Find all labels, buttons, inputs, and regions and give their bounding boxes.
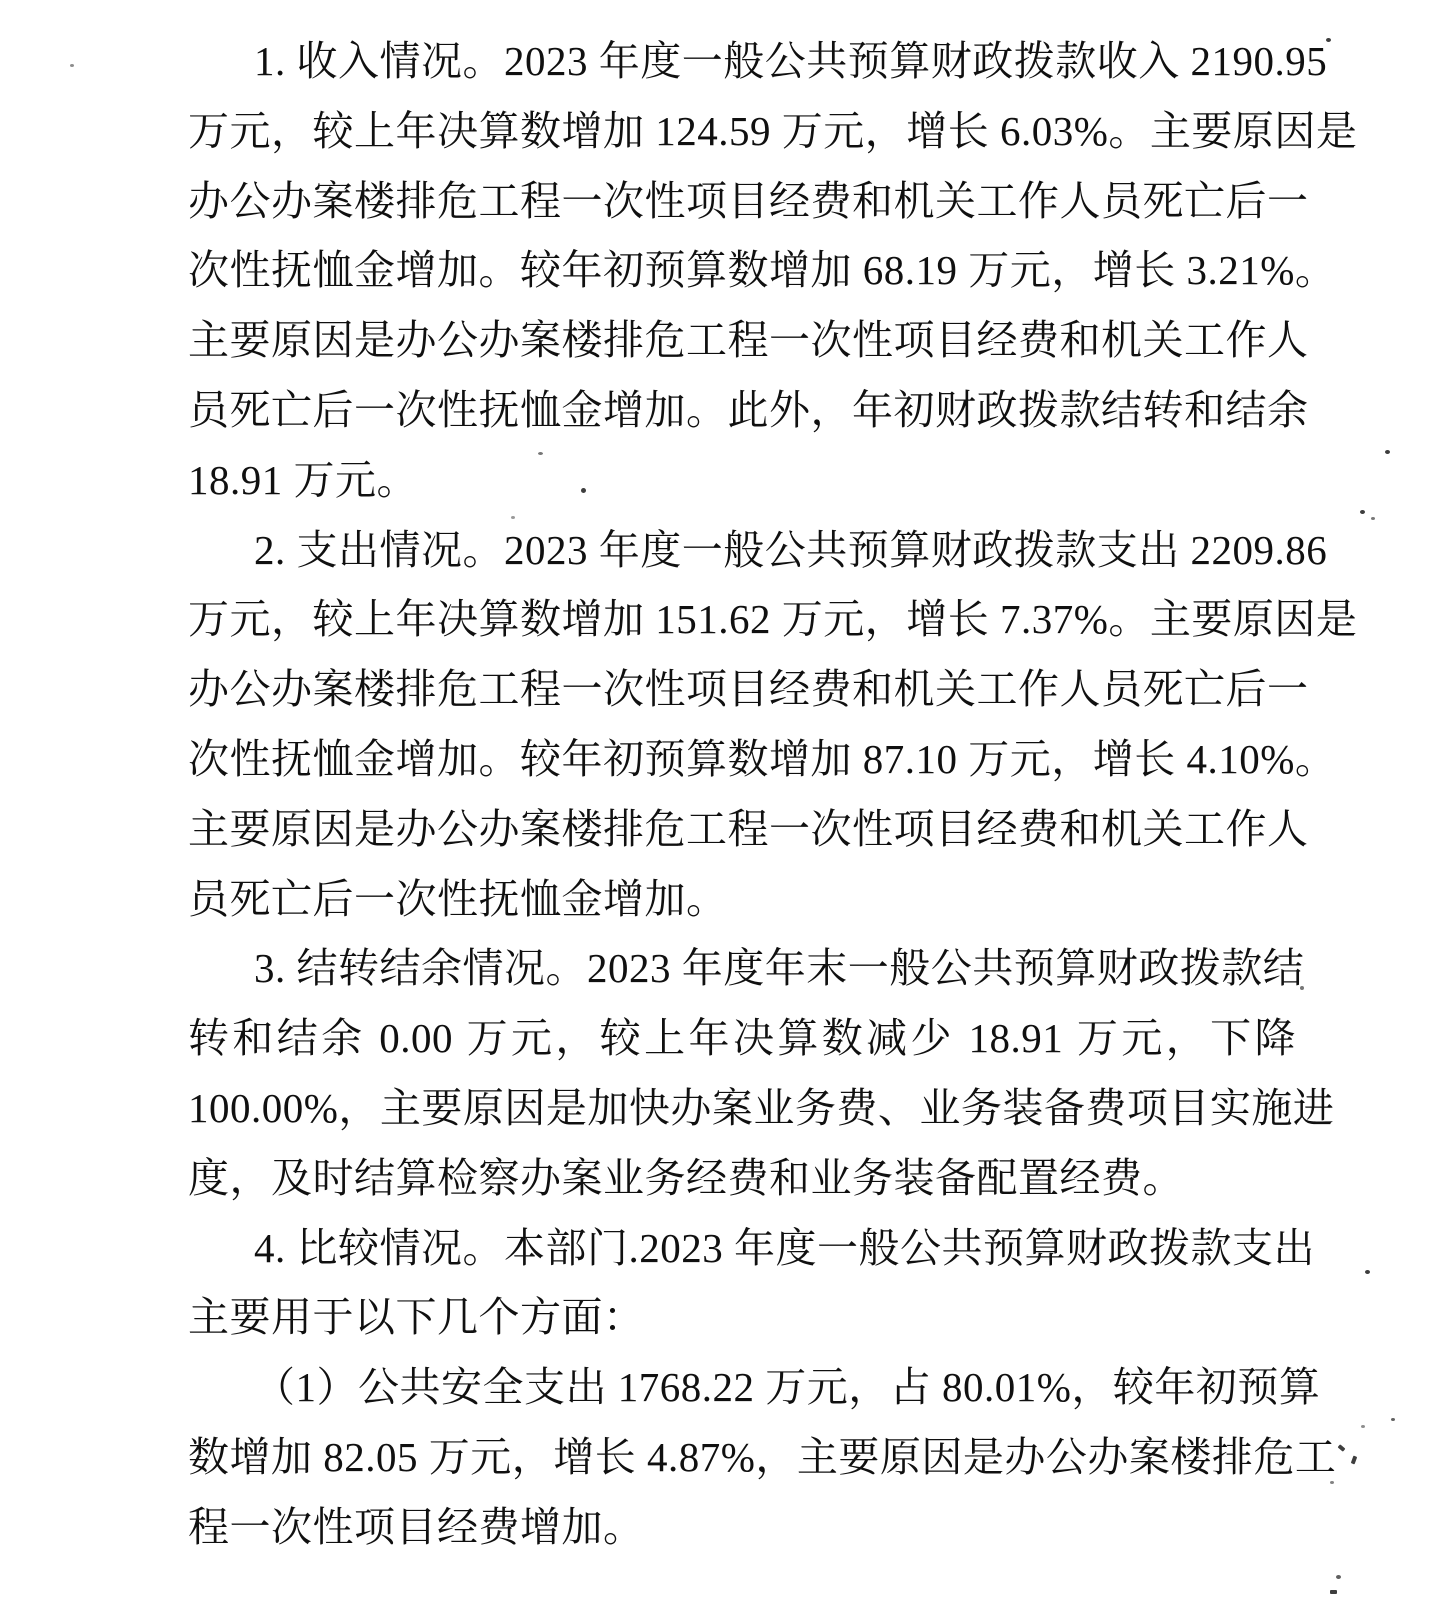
- scan-speck: [581, 488, 586, 493]
- document-body: 1. 收入情况。2023 年度一般公共预算财政拨款收入 2190.95 万元，较…: [188, 27, 1296, 1563]
- carryover-line-2: 转和结余 0.00 万元，较上年决算数减少 18.91 万元，下降: [188, 1004, 1296, 1074]
- expenditure-line-1: 2. 支出情况。2023 年度一般公共预算财政拨款支出 2209.86: [188, 516, 1296, 586]
- scan-speck: [1361, 1425, 1365, 1428]
- scan-speck: [1385, 450, 1390, 454]
- section-public-safety-item: （1）公共安全支出 1768.22 万元，占 80.01%，较年初预算 数增加 …: [188, 1353, 1296, 1562]
- section-expenditure: 2. 支出情况。2023 年度一般公共预算财政拨款支出 2209.86 万元，较…: [188, 516, 1296, 935]
- public-safety-line-3: 程一次性项目经费增加。: [188, 1493, 1296, 1563]
- expenditure-line-5: 主要原因是办公办案楼排危工程一次性项目经费和机关工作人: [188, 795, 1296, 865]
- income-line-5: 主要原因是办公办案楼排危工程一次性项目经费和机关工作人: [188, 306, 1296, 376]
- scan-speck: [1326, 38, 1331, 42]
- scan-speck: [1360, 510, 1365, 514]
- income-line-7: 18.91 万元。: [188, 446, 1296, 516]
- scan-speck: [1371, 517, 1375, 520]
- scan-speck: [511, 516, 515, 519]
- section-income: 1. 收入情况。2023 年度一般公共预算财政拨款收入 2190.95 万元，较…: [188, 27, 1296, 516]
- scan-speck: [1298, 1381, 1302, 1384]
- income-line-4: 次性抚恤金增加。较年初预算数增加 68.19 万元，增长 3.21%。: [188, 236, 1296, 306]
- scan-speck: [1391, 1418, 1395, 1421]
- scan-speck: [70, 64, 74, 67]
- section-carryover-balance: 3. 结转结余情况。2023 年度年末一般公共预算财政拨款结 转和结余 0.00…: [188, 934, 1296, 1213]
- scan-speck: [1336, 1575, 1341, 1579]
- scan-speck: [1338, 1444, 1346, 1452]
- scan-speck: [1330, 1481, 1334, 1484]
- public-safety-line-1: （1）公共安全支出 1768.22 万元，占 80.01%，较年初预算: [188, 1353, 1296, 1423]
- income-line-6: 员死亡后一次性抚恤金增加。此外，年初财政拨款结转和结余: [188, 376, 1296, 446]
- carryover-line-1: 3. 结转结余情况。2023 年度年末一般公共预算财政拨款结: [188, 934, 1296, 1004]
- scan-speck: [1365, 1270, 1370, 1274]
- income-line-1: 1. 收入情况。2023 年度一般公共预算财政拨款收入 2190.95: [188, 27, 1296, 97]
- public-safety-line-2: 数增加 82.05 万元，增长 4.87%，主要原因是办公办案楼排危工: [188, 1423, 1296, 1493]
- scan-speck: [1351, 1456, 1357, 1465]
- expenditure-line-6: 员死亡后一次性抚恤金增加。: [188, 865, 1296, 935]
- comparison-line-2: 主要用于以下几个方面：: [188, 1283, 1296, 1353]
- expenditure-line-3: 办公办案楼排危工程一次性项目经费和机关工作人员死亡后一: [188, 655, 1296, 725]
- carryover-line-4: 度，及时结算检察办案业务经费和业务装备配置经费。: [188, 1144, 1296, 1214]
- expenditure-line-2: 万元，较上年决算数增加 151.62 万元，增长 7.37%。主要原因是: [188, 585, 1296, 655]
- scan-speck: [538, 452, 543, 455]
- income-line-2: 万元，较上年决算数增加 124.59 万元，增长 6.03%。主要原因是: [188, 97, 1296, 167]
- carryover-line-3: 100.00%，主要原因是加快办案业务费、业务装备费项目实施进: [188, 1074, 1296, 1144]
- section-comparison: 4. 比较情况。本部门.2023 年度一般公共预算财政拨款支出 主要用于以下几个…: [188, 1214, 1296, 1354]
- scan-speck: [1330, 1590, 1337, 1594]
- scan-speck: [1300, 986, 1304, 990]
- expenditure-line-4: 次性抚恤金增加。较年初预算数增加 87.10 万元，增长 4.10%。: [188, 725, 1296, 795]
- comparison-line-1: 4. 比较情况。本部门.2023 年度一般公共预算财政拨款支出: [188, 1214, 1296, 1284]
- income-line-3: 办公办案楼排危工程一次性项目经费和机关工作人员死亡后一: [188, 167, 1296, 237]
- scanned-document-page: 1. 收入情况。2023 年度一般公共预算财政拨款收入 2190.95 万元，较…: [0, 0, 1441, 1616]
